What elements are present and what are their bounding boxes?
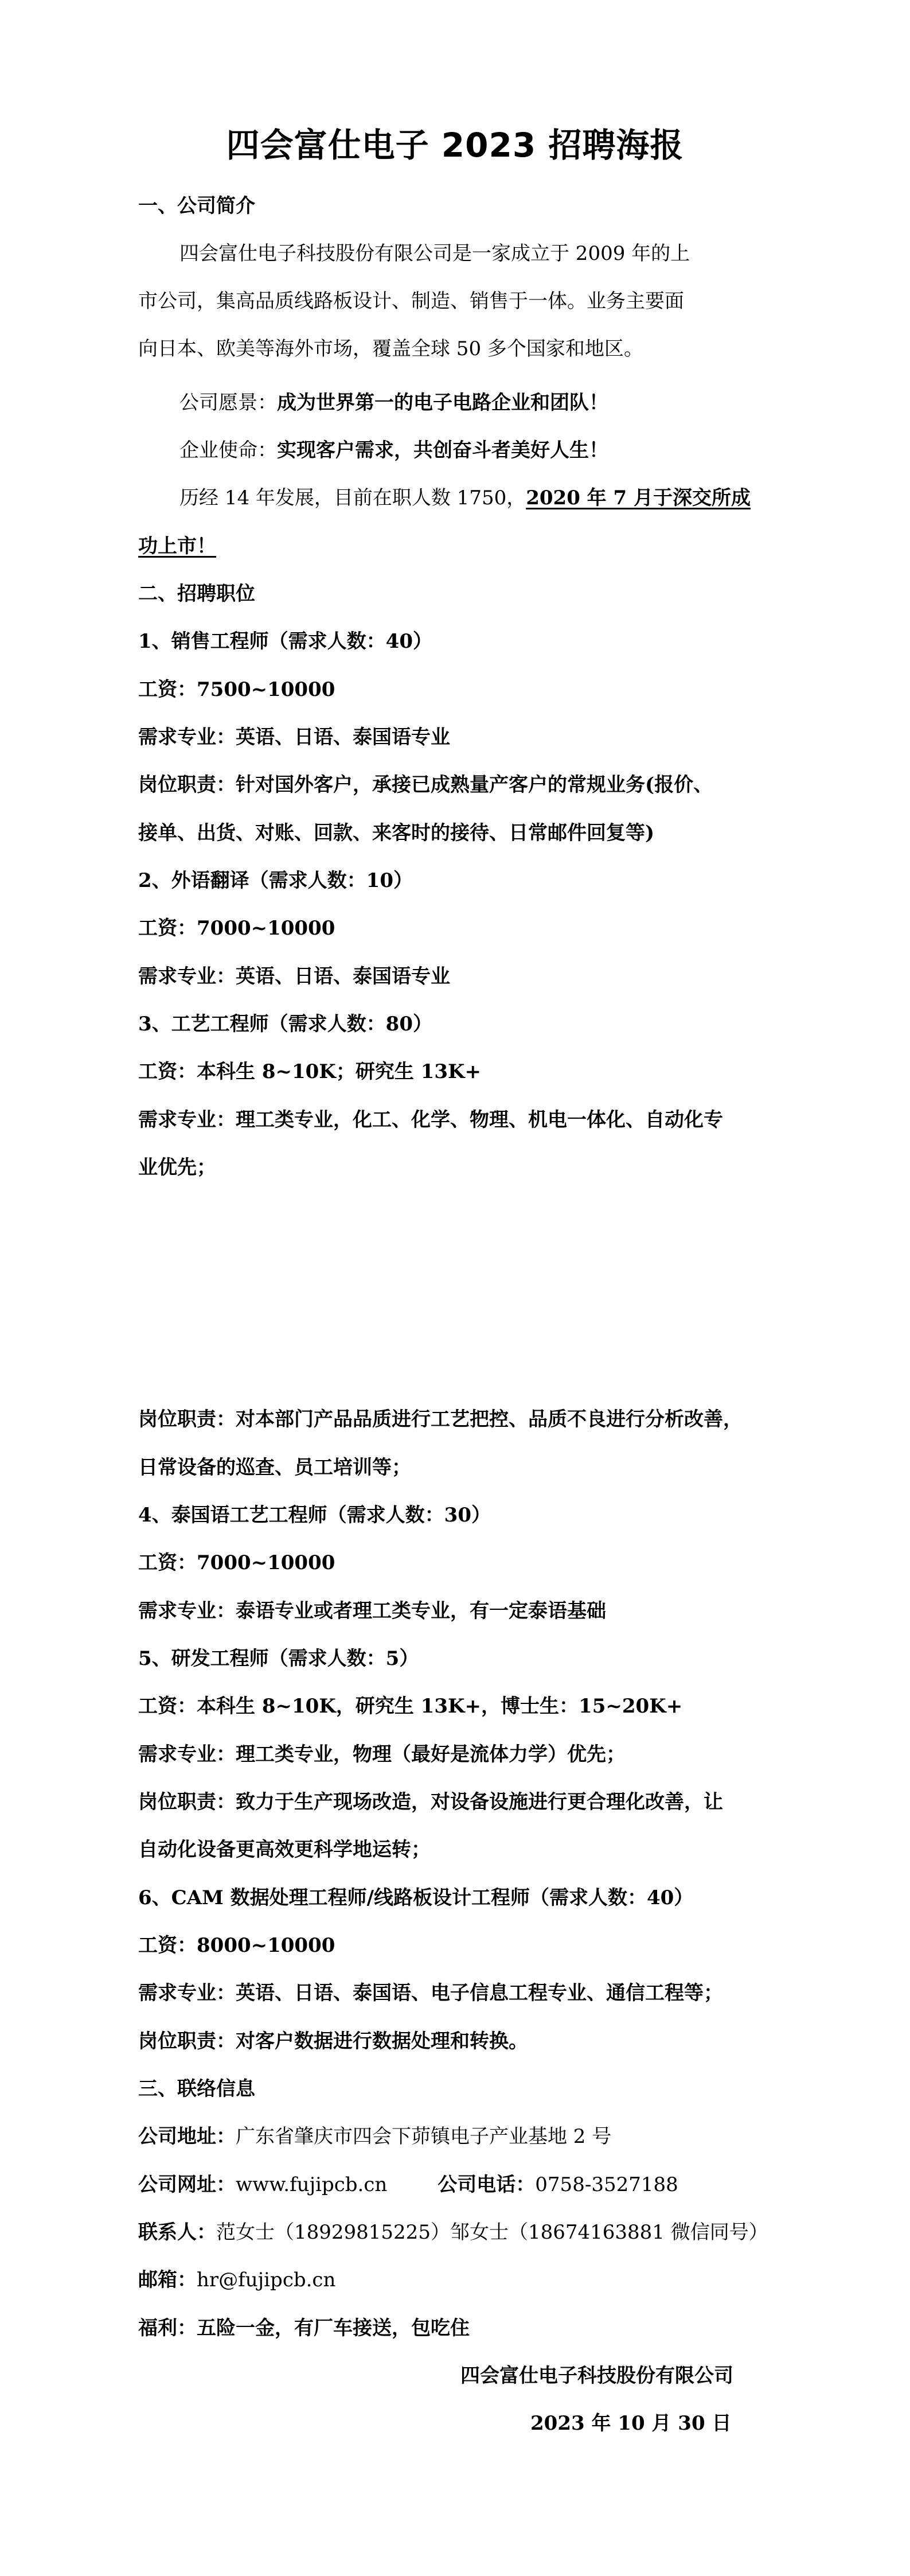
job-title-rd-engineer: 5、研发工程师（需求人数：5）: [138, 1646, 766, 1671]
website-link[interactable]: www.fujipcb.cn: [236, 2173, 387, 2196]
major-label: 需求专业：: [138, 1743, 236, 1766]
major-label: 需求专业：: [138, 726, 236, 749]
job-title-thai-process-engineer: 4、泰国语工艺工程师（需求人数：30）: [138, 1503, 766, 1528]
salary-value: 7000~10000: [197, 917, 335, 940]
duty-label: 岗位职责：: [138, 2030, 236, 2053]
salary-value: 8000~10000: [197, 1934, 335, 1957]
phone-label: 公司电话：: [438, 2173, 535, 2196]
website-label: 公司网址：: [138, 2173, 236, 2196]
job-major: 需求专业：理工类专业，物理（最好是流体力学）优先；: [138, 1742, 766, 1767]
listing-highlight: 2020 年 7 月于深交所成: [526, 487, 751, 509]
company-history: 历经 14 年发展，目前在职人数 1750，2020 年 7 月于深交所成: [179, 485, 807, 511]
section-heading-company-intro: 一、公司简介: [138, 193, 766, 219]
duty-label: 岗位职责：: [138, 1791, 236, 1814]
job-salary: 工资：7500~10000: [138, 677, 766, 702]
job-major: 需求专业：英语、日语、泰国语专业: [138, 964, 766, 989]
salary-label: 工资：: [138, 1934, 197, 1957]
major-label: 需求专业：: [138, 965, 236, 988]
job-title-process-engineer: 3、工艺工程师（需求人数：80）: [138, 1011, 766, 1037]
major-value: 英语、日语、泰国语专业: [236, 726, 450, 749]
contact-label: 联系人：: [138, 2221, 216, 2244]
major-value: 泰语专业或者理工类专业，有一定泰语基础: [236, 1600, 606, 1622]
listing-highlight-cont: 功上市！: [138, 534, 216, 559]
duty-value: 针对国外客户，承接已成熟量产客户的常规业务(报价、: [236, 773, 713, 796]
job-salary: 工资：本科生 8~10K，研究生 13K+，博士生：15~20K+: [138, 1694, 766, 1719]
major-value: 英语、日语、泰国语、电子信息工程专业、通信工程等；: [236, 1982, 723, 2005]
section-heading-contact: 三、联络信息: [138, 2076, 766, 2102]
salary-value: 7000~10000: [197, 1551, 335, 1574]
phone-value: 0758-3527188: [535, 2173, 678, 2196]
job-salary: 工资：8000~10000: [138, 1933, 766, 1958]
salary-value: 本科生 8~10K，研究生 13K+，博士生：15~20K+: [197, 1695, 682, 1718]
section-heading-positions: 二、招聘职位: [138, 581, 766, 606]
benefits-value: 五险一金，有厂车接送，包吃住: [197, 2317, 470, 2340]
signature-company: 四会富仕电子科技股份有限公司: [460, 2363, 733, 2388]
mission-value: 实现客户需求，共创奋斗者美好人生！: [277, 439, 608, 462]
job-major: 需求专业：英语、日语、泰国语、电子信息工程专业、通信工程等；: [138, 1980, 766, 2006]
contact-value: 范女士（18929815225）邹女士（18674163881 微信同号）: [216, 2221, 768, 2244]
job-duty-cont: 日常设备的巡查、员工培训等；: [138, 1455, 766, 1480]
email-label: 邮箱：: [138, 2268, 197, 2291]
salary-value: 7500~10000: [197, 678, 335, 701]
salary-label: 工资：: [138, 917, 197, 940]
job-major: 需求专业：理工类专业，化工、化学、物理、机电一体化、自动化专: [138, 1107, 766, 1133]
job-duty: 岗位职责：对本部门产品品质进行工艺把控、品质不良进行分析改善，: [138, 1407, 766, 1432]
benefits: 福利：五险一金，有厂车接送，包吃住: [138, 2316, 766, 2341]
history-text: 历经 14 年发展，目前在职人数 1750，: [179, 487, 526, 509]
poster-title: 四会富仕电子 2023 招聘海报: [0, 125, 910, 165]
vision-value: 成为世界第一的电子电路企业和团队！: [277, 391, 608, 414]
job-salary: 工资：7000~10000: [138, 916, 766, 941]
company-mission: 企业使命：实现客户需求，共创奋斗者美好人生！: [179, 438, 807, 463]
duty-label: 岗位职责：: [138, 773, 236, 796]
company-address: 公司地址：广东省肇庆市四会下茆镇电子产业基地 2 号: [138, 2124, 766, 2149]
email-link[interactable]: hr@fujipcb.cn: [197, 2268, 335, 2291]
job-salary: 工资：本科生 8~10K；研究生 13K+: [138, 1059, 766, 1084]
major-label: 需求专业：: [138, 1600, 236, 1622]
major-label: 需求专业：: [138, 1108, 236, 1131]
major-value: 理工类专业，化工、化学、物理、机电一体化、自动化专: [236, 1108, 723, 1131]
major-value: 理工类专业，物理（最好是流体力学）优先；: [236, 1743, 626, 1766]
intro-line-1: 四会富仕电子科技股份有限公司是一家成立于 2009 年的上: [179, 241, 807, 266]
job-duty-cont: 自动化设备更高效更科学地运转；: [138, 1837, 766, 1862]
company-web-phone: 公司网址：www.fujipcb.cn公司电话：0758-3527188: [138, 2172, 766, 2197]
company-vision: 公司愿景：成为世界第一的电子电路企业和团队！: [179, 390, 807, 415]
job-duty-cont: 接单、出货、对账、回款、来客时的接待、日常邮件回复等): [138, 820, 766, 846]
duty-value: 致力于生产现场改造，对设备设施进行更合理化改善，让: [236, 1791, 723, 1814]
salary-label: 工资：: [138, 1695, 197, 1718]
job-salary: 工资：7000~10000: [138, 1550, 766, 1575]
salary-value: 本科生 8~10K；研究生 13K+: [197, 1060, 481, 1083]
duty-label: 岗位职责：: [138, 1408, 236, 1431]
salary-label: 工资：: [138, 1551, 197, 1574]
job-title-translator: 2、外语翻译（需求人数：10）: [138, 868, 766, 893]
vision-label: 公司愿景：: [179, 391, 277, 414]
intro-line-2: 市公司，集高品质线路板设计、制造、销售于一体。业务主要面: [138, 289, 766, 314]
job-duty: 岗位职责：对客户数据进行数据处理和转换。: [138, 2029, 766, 2054]
major-label: 需求专业：: [138, 1982, 236, 2005]
job-major: 需求专业：英语、日语、泰国语专业: [138, 725, 766, 750]
contact-persons: 联系人：范女士（18929815225）邹女士（18674163881 微信同号…: [138, 2220, 766, 2245]
benefits-label: 福利：: [138, 2317, 197, 2340]
job-title-cam-engineer: 6、CAM 数据处理工程师/线路板设计工程师（需求人数：40）: [138, 1885, 766, 1910]
job-duty: 岗位职责：针对国外客户，承接已成熟量产客户的常规业务(报价、: [138, 772, 766, 797]
job-title-sales-engineer: 1、销售工程师（需求人数：40）: [138, 629, 766, 654]
salary-label: 工资：: [138, 678, 197, 701]
mission-label: 企业使命：: [179, 439, 277, 462]
job-duty: 岗位职责：致力于生产现场改造，对设备设施进行更合理化改善，让: [138, 1789, 766, 1815]
signature-date: 2023 年 10 月 30 日: [530, 2411, 731, 2436]
address-label: 公司地址：: [138, 2125, 236, 2148]
job-major: 需求专业：泰语专业或者理工类专业，有一定泰语基础: [138, 1598, 766, 1624]
intro-line-3: 向日本、欧美等海外市场，覆盖全球 50 多个国家和地区。: [138, 336, 766, 361]
salary-label: 工资：: [138, 1060, 197, 1083]
recruitment-poster: 四会富仕电子 2023 招聘海报 一、公司简介 四会富仕电子科技股份有限公司是一…: [0, 0, 910, 2576]
company-email: 邮箱：hr@fujipcb.cn: [138, 2267, 766, 2293]
address-value: 广东省肇庆市四会下茆镇电子产业基地 2 号: [236, 2125, 611, 2148]
major-value: 英语、日语、泰国语专业: [236, 965, 450, 988]
duty-value: 对本部门产品品质进行工艺把控、品质不良进行分析改善，: [236, 1408, 743, 1431]
duty-value: 对客户数据进行数据处理和转换。: [236, 2030, 528, 2053]
job-major-cont: 业优先；: [138, 1155, 766, 1180]
